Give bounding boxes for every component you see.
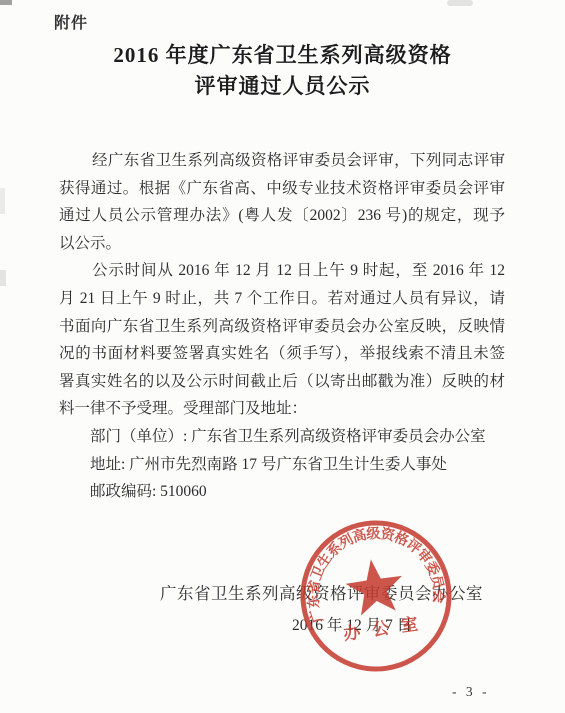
document-title: 2016 年度广东省卫生系列高级资格 评审通过人员公示 bbox=[0, 40, 565, 102]
document-date: 2016 年 12 月 7 日 bbox=[292, 613, 412, 635]
paragraph2-line: 署真实姓名的以及公示时间截止后（以寄出邮戳为准）反映的材 bbox=[59, 368, 505, 396]
scan-artifact bbox=[447, 0, 473, 6]
document-title-line1: 2016 年度广东省卫生系列高级资格 bbox=[0, 40, 565, 71]
paragraph2-line: 公示时间从 2016 年 12 月 12 日上午 9 时起，至 2016 年 1… bbox=[59, 257, 505, 285]
document-title-line2: 评审通过人员公示 bbox=[0, 71, 565, 102]
seal-arc-text: 广东省卫生系列高级资格评审委员会 bbox=[296, 516, 450, 626]
page-number: - 3 - bbox=[452, 684, 490, 700]
document-body: 经广东省卫生系列高级资格评审委员会评审，下列同志评审 获得通过。根据《广东省高、… bbox=[59, 147, 505, 506]
paragraph1-line: 以公示。 bbox=[59, 230, 505, 258]
issuing-office-signature: 广东省卫生系列高级资格评审委员会办公室 bbox=[160, 580, 483, 604]
paragraph1-line: 通过人员公示管理办法》(粤人发〔2002〕236 号)的规定，现予 bbox=[59, 202, 505, 230]
paragraph2-line: 料一律不予受理。受理部门及地址： bbox=[59, 395, 505, 423]
paragraph1-line: 获得通过。根据《广东省高、中级专业技术资格评审委员会评审 bbox=[59, 175, 505, 203]
contact-postcode-line: 邮政编码: 510060 bbox=[59, 478, 505, 506]
contact-address-line: 地址: 广州市先烈南路 17 号广东省卫生计生委人事处 bbox=[59, 451, 505, 479]
scan-artifact bbox=[0, 270, 6, 286]
paragraph2-line: 月 21 日上午 9 时止，共 7 个工作日。若对通过人员有异议，请 bbox=[59, 285, 505, 313]
paragraph2-line: 书面向广东省卫生系列高级资格评审委员会办公室反映，反映情 bbox=[59, 313, 505, 341]
paragraph1-line: 经广东省卫生系列高级资格评审委员会评审，下列同志评审 bbox=[59, 147, 505, 175]
attachment-label: 附件 bbox=[54, 10, 88, 33]
scan-artifact bbox=[0, 188, 5, 214]
document-page: 附件 2016 年度广东省卫生系列高级资格 评审通过人员公示 经广东省卫生系列高… bbox=[0, 0, 565, 713]
paragraph2-line: 况的书面材料要签署真实姓名（须手写），举报线索不清且未签 bbox=[59, 340, 505, 368]
contact-department-line: 部门（单位）: 广东省卫生系列高级资格评审委员会办公室 bbox=[59, 423, 505, 451]
scan-artifact bbox=[0, 0, 12, 5]
